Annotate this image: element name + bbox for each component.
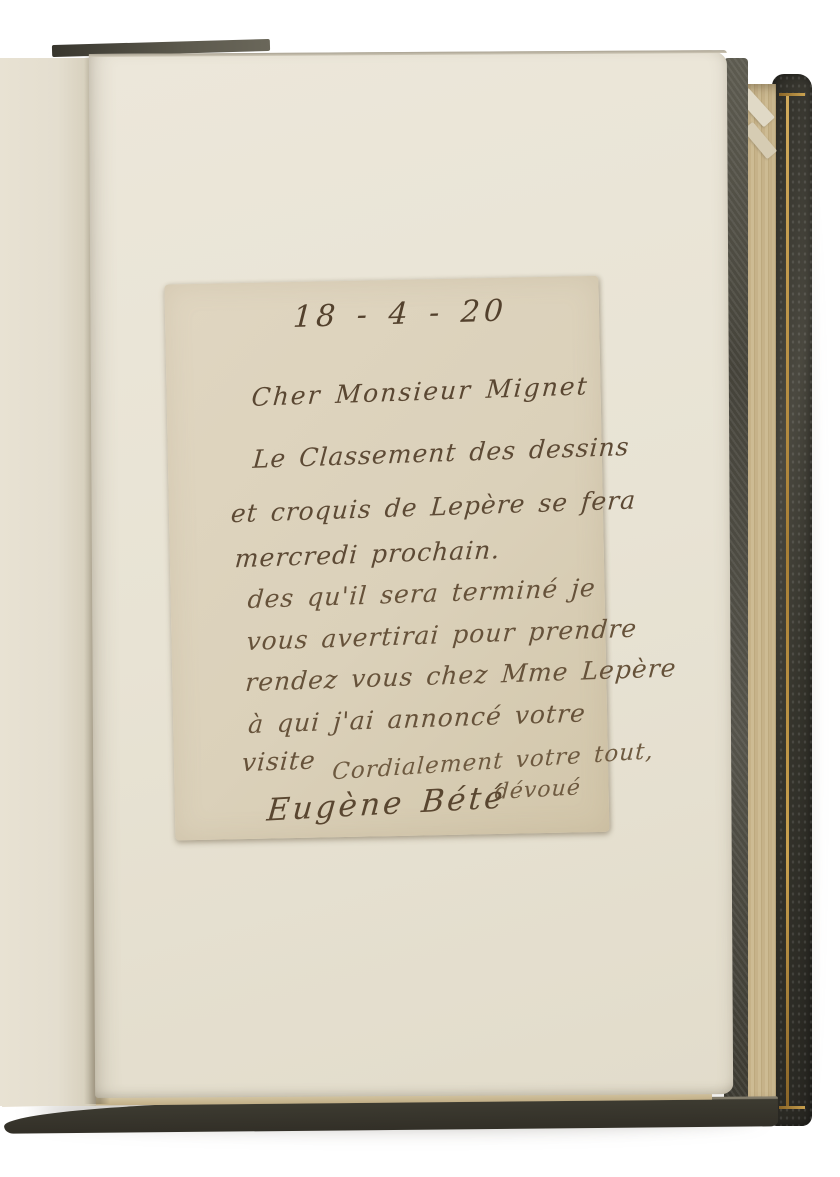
photo-backdrop: 18 - 4 - 20 Cher Monsieur Mignet Le Clas… (0, 0, 840, 1177)
leather-texture (772, 74, 812, 1126)
letter-body-line: à qui j'ai annoncé votre (247, 698, 587, 739)
letter-body-line: mercredi prochain. (234, 535, 501, 573)
gilt-fillet-vertical (786, 96, 789, 1108)
letter-card: 18 - 4 - 20 Cher Monsieur Mignet Le Clas… (164, 276, 609, 841)
letter-body-line: Le Classement des dessins (252, 432, 631, 474)
letter-closing-line: Cordialement votre tout, (331, 738, 654, 785)
gilt-fillet-bottom-corner (779, 1106, 805, 1109)
letter-body-line: et croquis de Lepère se fera (230, 485, 637, 528)
gilt-fillet-top-corner (779, 93, 805, 96)
letter-body-line: visite (241, 746, 317, 778)
letter-body-line: rendez vous chez Mme Lepère (244, 653, 677, 697)
letter-salutation: Cher Monsieur Mignet (251, 371, 590, 412)
right-page: 18 - 4 - 20 Cher Monsieur Mignet Le Clas… (89, 50, 733, 1098)
letter-signature: Eugène Bété (265, 779, 507, 828)
letter-body-line: vous avertirai pour prendre (246, 614, 639, 656)
fore-edge-page-block (744, 84, 776, 1106)
letter-body-line: des qu'il sera terminé je (247, 573, 597, 614)
left-page (0, 58, 96, 1106)
letter-date: 18 - 4 - 20 (292, 293, 508, 335)
front-board-edge (772, 74, 812, 1126)
